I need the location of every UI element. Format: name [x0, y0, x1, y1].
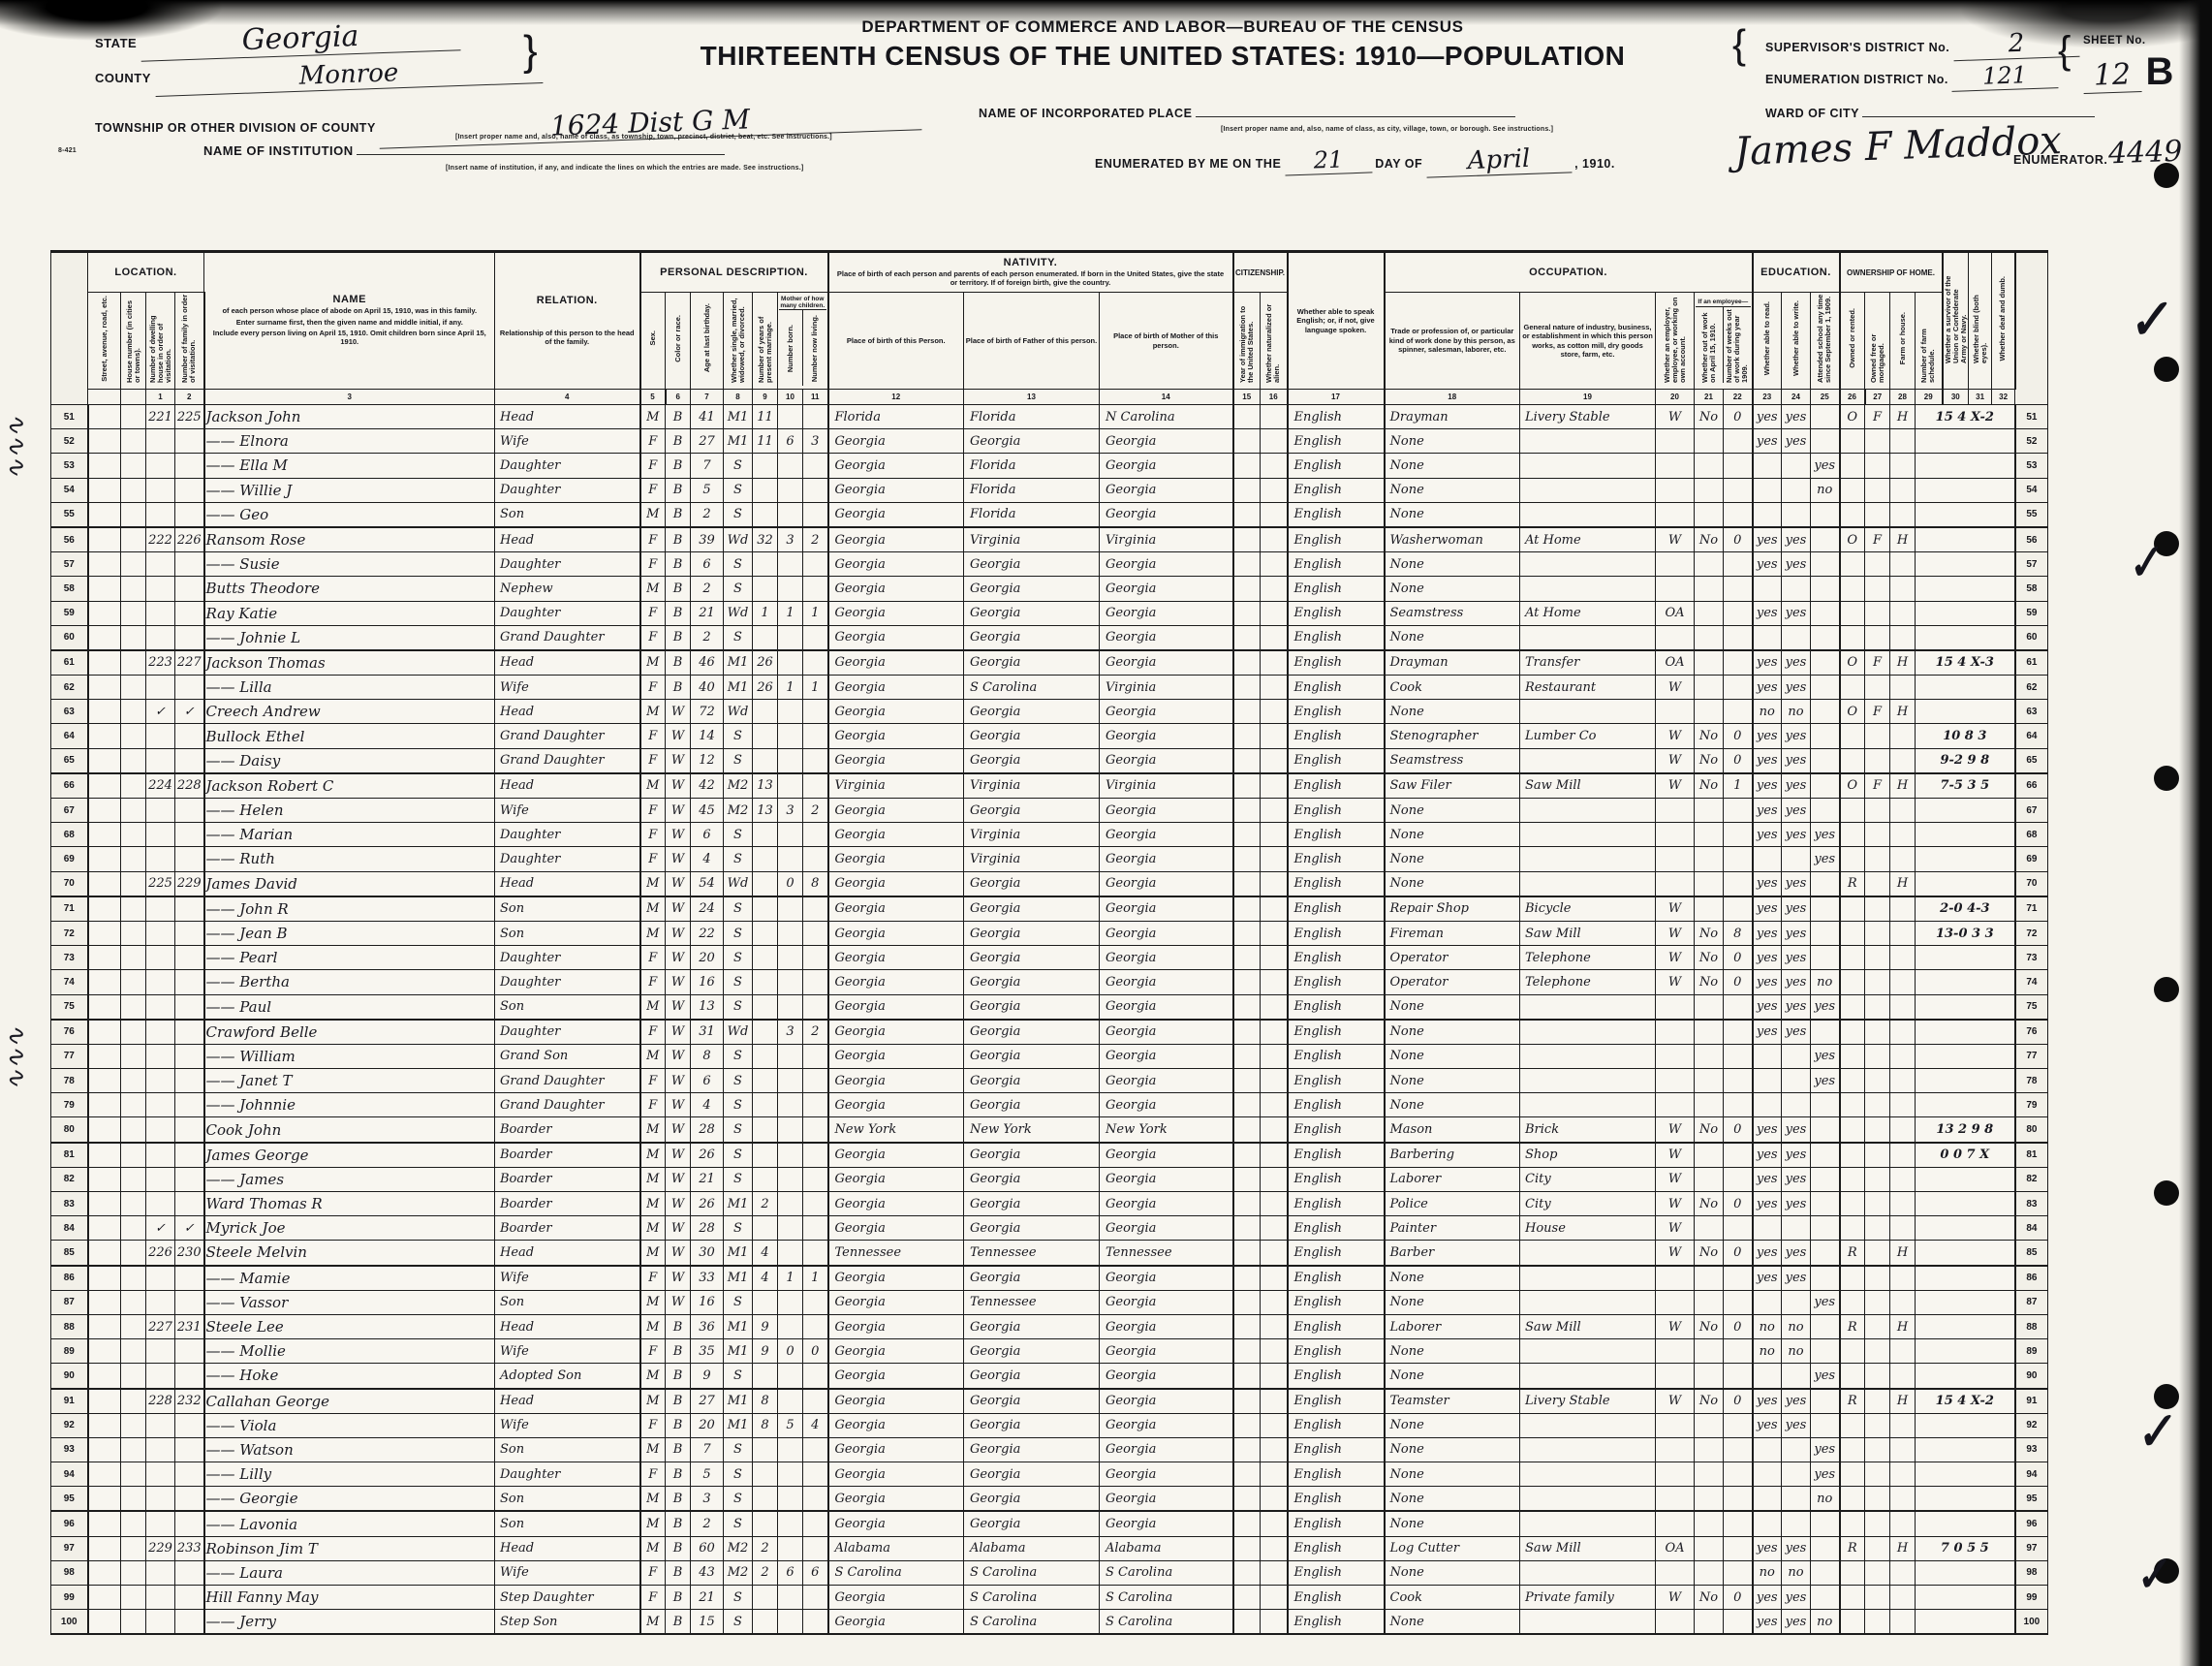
line-number: 56: [51, 527, 88, 552]
column-number: 11: [803, 390, 828, 405]
relation-column-header: RELATION. Relationship of this person to…: [495, 252, 640, 390]
cell-mr: S: [724, 1364, 753, 1389]
cell-hn: [121, 1610, 146, 1635]
cell-rd: no: [1753, 1314, 1782, 1338]
cell-wr: no: [1782, 1314, 1811, 1338]
cell-emp: [1656, 823, 1695, 847]
cell-own: [1840, 799, 1865, 823]
cell-rel: Wife: [495, 429, 640, 454]
cell-nm: Jackson John: [204, 405, 495, 429]
cell-fm: [175, 1044, 204, 1068]
cell-pm: Georgia: [1100, 601, 1233, 625]
cell-emp: [1656, 1511, 1695, 1536]
speak-english-column-header: Whether able to speak English; or, if no…: [1288, 252, 1385, 390]
table-row: 65 —— Daisy Grand Daughter F W 12 S Geor…: [51, 748, 2048, 773]
cell-hn: [121, 1536, 146, 1560]
line-number: 92: [2015, 1413, 2048, 1437]
cell-fa: [1890, 847, 1916, 871]
cell-ind: [1520, 552, 1656, 577]
cell-ow: [1695, 700, 1724, 724]
cell-mk: [1916, 1241, 2015, 1266]
cell-fm: [175, 823, 204, 847]
cell-cb: [778, 1389, 803, 1414]
cell-ind: [1520, 1093, 1656, 1117]
cell-wr: yes: [1782, 1610, 1811, 1635]
cell-fm: 233: [175, 1536, 204, 1560]
cell-st: [88, 552, 121, 577]
cell-wr: yes: [1782, 1266, 1811, 1291]
cell-nm: —— Ella M: [204, 454, 495, 478]
cell-pb: Georgia: [828, 429, 964, 454]
cell-pm: Georgia: [1100, 1069, 1233, 1093]
column-number: 30: [1943, 390, 1969, 405]
cell-nm: Steele Lee: [204, 1314, 495, 1338]
cell-dw: [146, 429, 175, 454]
cell-st: [88, 994, 121, 1020]
cell-mk: [1916, 1586, 2015, 1610]
cell-rel: Boarder: [495, 1143, 640, 1168]
cell-pf: Georgia: [964, 1462, 1100, 1487]
cell-cl: W: [666, 1117, 691, 1143]
cell-emp: [1656, 478, 1695, 502]
cell-rd: [1753, 847, 1782, 871]
column-number: 24: [1782, 390, 1811, 405]
cell-ind: Bicycle: [1520, 896, 1656, 922]
cell-ym: [753, 1117, 778, 1143]
cell-fa: [1890, 1044, 1916, 1068]
table-row: 100 —— Jerry Step Son M B 15 S Georgia S…: [51, 1610, 2048, 1635]
cell-mr: S: [724, 1462, 753, 1487]
table-row: 78 —— Janet T Grand Daughter F W 6 S Geo…: [51, 1069, 2048, 1093]
cell-mr: M2: [724, 1536, 753, 1560]
cell-na: [1261, 601, 1288, 625]
cell-cl: B: [666, 1487, 691, 1512]
cell-wk: 0: [1724, 1241, 1753, 1266]
cell-wr: yes: [1782, 429, 1811, 454]
cell-fa: [1890, 1266, 1916, 1291]
cell-cl: W: [666, 1290, 691, 1314]
cell-mr: M2: [724, 799, 753, 823]
cell-tr: None: [1385, 1364, 1520, 1389]
cell-pb: Georgia: [828, 994, 964, 1020]
cell-ag: 6: [691, 823, 724, 847]
cell-hn: [121, 502, 146, 527]
column-number: 17: [1288, 390, 1385, 405]
cell-sx: M: [640, 1487, 666, 1512]
cell-ow: [1695, 1487, 1724, 1512]
cell-fm: [175, 799, 204, 823]
cell-st: [88, 724, 121, 748]
cell-iy: [1233, 799, 1261, 823]
cell-mk: [1916, 700, 2015, 724]
cell-sc: [1811, 502, 1840, 527]
line-number: 60: [2015, 625, 2048, 650]
cell-iy: [1233, 1044, 1261, 1068]
cell-na: [1261, 921, 1288, 945]
line-number: 97: [2015, 1536, 2048, 1560]
cell-own: [1840, 552, 1865, 577]
cell-ag: 22: [691, 921, 724, 945]
cell-ow: [1695, 1167, 1724, 1191]
cell-own: [1840, 946, 1865, 970]
cell-fr: [1865, 478, 1890, 502]
cell-hn: [121, 1192, 146, 1216]
cell-pm: Georgia: [1100, 1143, 1233, 1168]
cell-fa: [1890, 1167, 1916, 1191]
cell-rd: yes: [1753, 1020, 1782, 1045]
cell-fa: [1890, 625, 1916, 650]
cell-ag: 36: [691, 1314, 724, 1338]
cell-pb: Tennessee: [828, 1241, 964, 1266]
cell-pb: Georgia: [828, 1511, 964, 1536]
cell-pf: S Carolina: [964, 1560, 1100, 1585]
industry-column-header: General nature of industry, business, or…: [1520, 293, 1656, 390]
cell-sc: [1811, 1536, 1840, 1560]
cell-ow: [1695, 1536, 1724, 1560]
mother-birthplace-column-header: Place of birth of Mother of this person.: [1100, 293, 1233, 390]
cell-sx: F: [640, 1266, 666, 1291]
cell-sc: [1811, 577, 1840, 601]
cell-ym: 11: [753, 405, 778, 429]
cell-own: [1840, 921, 1865, 945]
cell-sx: M: [640, 871, 666, 896]
cell-st: [88, 676, 121, 700]
cell-ind: [1520, 994, 1656, 1020]
cell-emp: [1656, 1364, 1695, 1389]
cell-cv: 1: [803, 1266, 828, 1291]
cell-cl: B: [666, 1437, 691, 1462]
cell-sx: M: [640, 502, 666, 527]
cell-na: [1261, 1290, 1288, 1314]
cell-wr: no: [1782, 700, 1811, 724]
cell-iy: [1233, 527, 1261, 552]
cell-ag: 28: [691, 1117, 724, 1143]
citizenship-group-header: CITIZENSHIP.: [1233, 252, 1288, 293]
table-body: 51 221 225 Jackson John Head M B 41 M1 1…: [51, 405, 2048, 1635]
cell-na: [1261, 1167, 1288, 1191]
cell-emp: OA: [1656, 601, 1695, 625]
cell-rel: Head: [495, 773, 640, 799]
cell-nm: Ray Katie: [204, 601, 495, 625]
cell-ln: English: [1288, 1143, 1385, 1168]
cell-ym: 32: [753, 527, 778, 552]
cell-rd: yes: [1753, 748, 1782, 773]
cell-sx: M: [640, 896, 666, 922]
column-number: 23: [1753, 390, 1782, 405]
cell-fr: [1865, 1560, 1890, 1585]
cell-ag: 3: [691, 1487, 724, 1512]
cell-wr: yes: [1782, 405, 1811, 429]
cell-ind: [1520, 847, 1656, 871]
cell-cb: [778, 1364, 803, 1389]
cell-pf: New York: [964, 1117, 1100, 1143]
cell-own: [1840, 1610, 1865, 1635]
cell-ln: English: [1288, 1389, 1385, 1414]
cell-dw: [146, 1167, 175, 1191]
cell-st: [88, 1192, 121, 1216]
cell-hn: [121, 1462, 146, 1487]
dwelling-number-column-header: Number of dwelling house in order of vis…: [146, 293, 175, 390]
table-row: 69 —— Ruth Daughter F W 4 S Georgia Virg…: [51, 847, 2048, 871]
cell-cv: [803, 502, 828, 527]
cell-mk: [1916, 625, 2015, 650]
line-number: 97: [51, 1536, 88, 1560]
cell-sx: F: [640, 1462, 666, 1487]
institution-value: [357, 154, 725, 155]
cell-emp: W: [1656, 1216, 1695, 1241]
cell-pf: Georgia: [964, 601, 1100, 625]
cell-rel: Head: [495, 1536, 640, 1560]
table-row: 99 Hill Fanny May Step Daughter F B 21 S…: [51, 1586, 2048, 1610]
cell-sc: [1811, 724, 1840, 748]
cell-st: [88, 1143, 121, 1168]
line-number: 69: [51, 847, 88, 871]
cell-hn: [121, 1586, 146, 1610]
cell-sx: F: [640, 478, 666, 502]
cell-pm: Georgia: [1100, 1511, 1233, 1536]
cell-fr: [1865, 1117, 1890, 1143]
cell-fr: [1865, 1586, 1890, 1610]
cell-ow: [1695, 454, 1724, 478]
cell-na: [1261, 847, 1288, 871]
cell-fm: 229: [175, 871, 204, 896]
cell-wk: [1724, 552, 1753, 577]
cell-sc: [1811, 1413, 1840, 1437]
cell-wk: 1: [1724, 773, 1753, 799]
cell-rd: [1753, 1462, 1782, 1487]
cell-pb: Georgia: [828, 1462, 964, 1487]
cell-ym: [753, 748, 778, 773]
cell-mr: M1: [724, 1413, 753, 1437]
cell-fa: [1890, 921, 1916, 945]
cell-ow: [1695, 1266, 1724, 1291]
cell-ag: 39: [691, 527, 724, 552]
cell-iy: [1233, 1462, 1261, 1487]
cell-wr: yes: [1782, 921, 1811, 945]
cell-st: [88, 799, 121, 823]
cell-dw: [146, 577, 175, 601]
cell-nm: —— Johnie L: [204, 625, 495, 650]
cell-wk: [1724, 1290, 1753, 1314]
cell-ym: 9: [753, 1314, 778, 1338]
cell-fr: [1865, 1314, 1890, 1338]
free-mortgaged-column-header: Owned free or mortgaged.: [1865, 293, 1890, 390]
cell-ind: [1520, 1241, 1656, 1266]
margin-check-mark: ✓: [2123, 288, 2173, 352]
cell-own: [1840, 847, 1865, 871]
cell-sc: yes: [1811, 1290, 1840, 1314]
cell-cl: B: [666, 1364, 691, 1389]
cell-ind: [1520, 1364, 1656, 1389]
cell-fm: [175, 724, 204, 748]
institution-fineprint: [Insert name of institution, if any, and…: [446, 165, 803, 172]
cell-pb: Georgia: [828, 946, 964, 970]
cell-wr: yes: [1782, 970, 1811, 994]
line-number: 62: [2015, 676, 2048, 700]
column-number: [121, 390, 146, 405]
cell-emp: W: [1656, 527, 1695, 552]
cell-own: [1840, 1462, 1865, 1487]
cell-own: [1840, 577, 1865, 601]
cell-pb: Georgia: [828, 1192, 964, 1216]
cell-pf: Georgia: [964, 700, 1100, 724]
cell-pm: Georgia: [1100, 577, 1233, 601]
cell-cb: [778, 1069, 803, 1093]
cell-cb: [778, 1511, 803, 1536]
cell-pb: Georgia: [828, 1314, 964, 1338]
cell-ow: [1695, 1069, 1724, 1093]
cell-mr: S: [724, 1437, 753, 1462]
cell-dw: [146, 478, 175, 502]
column-number: 14: [1100, 390, 1233, 405]
cell-ow: No: [1695, 1389, 1724, 1414]
cell-ind: [1520, 1511, 1656, 1536]
cell-hn: [121, 896, 146, 922]
cell-ym: [753, 1364, 778, 1389]
cell-rd: [1753, 1216, 1782, 1241]
cell-sx: M: [640, 1241, 666, 1266]
cell-na: [1261, 1413, 1288, 1437]
township-value: 1624 Dist G M: [379, 97, 922, 149]
line-number: 72: [2015, 921, 2048, 945]
cell-cv: [803, 1586, 828, 1610]
cell-fa: [1890, 896, 1916, 922]
if-employee-column-header: If an employee— Whether out of work on A…: [1695, 293, 1753, 390]
cell-ow: No: [1695, 921, 1724, 945]
cell-iy: [1233, 1389, 1261, 1414]
cell-rd: yes: [1753, 871, 1782, 896]
cell-pb: Virginia: [828, 773, 964, 799]
line-number: 55: [2015, 502, 2048, 527]
cell-iy: [1233, 1511, 1261, 1536]
table-row: 96 —— Lavonia Son M B 2 S Georgia Georgi…: [51, 1511, 2048, 1536]
line-number: 58: [51, 577, 88, 601]
cell-pf: Georgia: [964, 1020, 1100, 1045]
cell-ym: [753, 1093, 778, 1117]
cell-rel: Wife: [495, 1560, 640, 1585]
cell-cv: [803, 1044, 828, 1068]
cell-ag: 16: [691, 970, 724, 994]
cell-ind: Telephone: [1520, 970, 1656, 994]
cell-rel: Adopted Son: [495, 1364, 640, 1389]
punch-hole: [2154, 766, 2179, 791]
cell-sx: M: [640, 1192, 666, 1216]
cell-cv: [803, 970, 828, 994]
cell-own: [1840, 970, 1865, 994]
line-number: 80: [2015, 1117, 2048, 1143]
cell-wk: [1724, 1364, 1753, 1389]
cell-dw: [146, 502, 175, 527]
cell-rel: Grand Daughter: [495, 625, 640, 650]
cell-own: [1840, 478, 1865, 502]
table-row: 75 —— Paul Son M W 13 S Georgia Georgia …: [51, 994, 2048, 1020]
education-group-header: EDUCATION.: [1753, 252, 1840, 293]
cell-iy: [1233, 700, 1261, 724]
cell-emp: W: [1656, 405, 1695, 429]
cell-iy: [1233, 552, 1261, 577]
cell-ag: 13: [691, 994, 724, 1020]
cell-mr: S: [724, 552, 753, 577]
cell-mk: [1916, 1462, 2015, 1487]
column-number: 20: [1656, 390, 1695, 405]
cell-sc: yes: [1811, 847, 1840, 871]
cell-fm: [175, 1020, 204, 1045]
cell-wk: 0: [1724, 405, 1753, 429]
cell-rd: yes: [1753, 1586, 1782, 1610]
cell-na: [1261, 1314, 1288, 1338]
cell-tr: None: [1385, 1610, 1520, 1635]
cell-fa: H: [1890, 405, 1916, 429]
cell-mk: [1916, 1266, 2015, 1291]
cell-fa: H: [1890, 527, 1916, 552]
cell-own: O: [1840, 700, 1865, 724]
cell-ln: English: [1288, 1314, 1385, 1338]
cell-emp: [1656, 1610, 1695, 1635]
cell-ag: 2: [691, 625, 724, 650]
cell-st: [88, 1266, 121, 1291]
cell-ow: [1695, 650, 1724, 676]
cell-na: [1261, 946, 1288, 970]
cell-ym: [753, 946, 778, 970]
cell-ln: English: [1288, 1364, 1385, 1389]
cell-cb: [778, 502, 803, 527]
cell-cv: [803, 1364, 828, 1389]
cell-sc: [1811, 773, 1840, 799]
line-number: 61: [2015, 650, 2048, 676]
cell-rel: Wife: [495, 1339, 640, 1364]
cell-fm: [175, 1364, 204, 1389]
cell-pb: Georgia: [828, 1487, 964, 1512]
cell-pb: Georgia: [828, 724, 964, 748]
line-number: 73: [51, 946, 88, 970]
cell-fa: [1890, 1192, 1916, 1216]
table-row: 84 ✓ ✓ Myrick Joe Boarder M W 28 S Georg…: [51, 1216, 2048, 1241]
cell-cv: [803, 994, 828, 1020]
cell-wr: yes: [1782, 994, 1811, 1020]
cell-hn: [121, 527, 146, 552]
cell-emp: W: [1656, 1314, 1695, 1338]
township-label: TOWNSHIP OR OTHER DIVISION OF COUNTY: [95, 121, 376, 135]
line-number: 92: [51, 1413, 88, 1437]
cell-fa: [1890, 429, 1916, 454]
cell-own: [1840, 601, 1865, 625]
table-row: 62 —— Lilla Wife F B 40 M1 26 1 1 Georgi…: [51, 676, 2048, 700]
cell-rd: [1753, 1364, 1782, 1389]
veteran-column-header: Whether a survivor of the Union or Confe…: [1943, 252, 1969, 390]
cell-tr: Stenographer: [1385, 724, 1520, 748]
cell-fa: [1890, 748, 1916, 773]
cell-fr: [1865, 1192, 1890, 1216]
cell-dw: [146, 799, 175, 823]
cell-cl: B: [666, 1389, 691, 1414]
cell-ln: English: [1288, 847, 1385, 871]
cell-own: [1840, 724, 1865, 748]
cell-cv: [803, 1093, 828, 1117]
cell-pf: Florida: [964, 502, 1100, 527]
cell-dw: [146, 552, 175, 577]
cell-hn: [121, 724, 146, 748]
cell-wk: [1724, 1560, 1753, 1585]
cell-emp: [1656, 1020, 1695, 1045]
cell-hn: [121, 1143, 146, 1168]
cell-dw: [146, 847, 175, 871]
column-number: 12: [828, 390, 964, 405]
cell-cb: [778, 970, 803, 994]
cell-cl: B: [666, 502, 691, 527]
cell-wk: [1724, 994, 1753, 1020]
cell-ln: English: [1288, 1487, 1385, 1512]
cell-wk: [1724, 1339, 1753, 1364]
